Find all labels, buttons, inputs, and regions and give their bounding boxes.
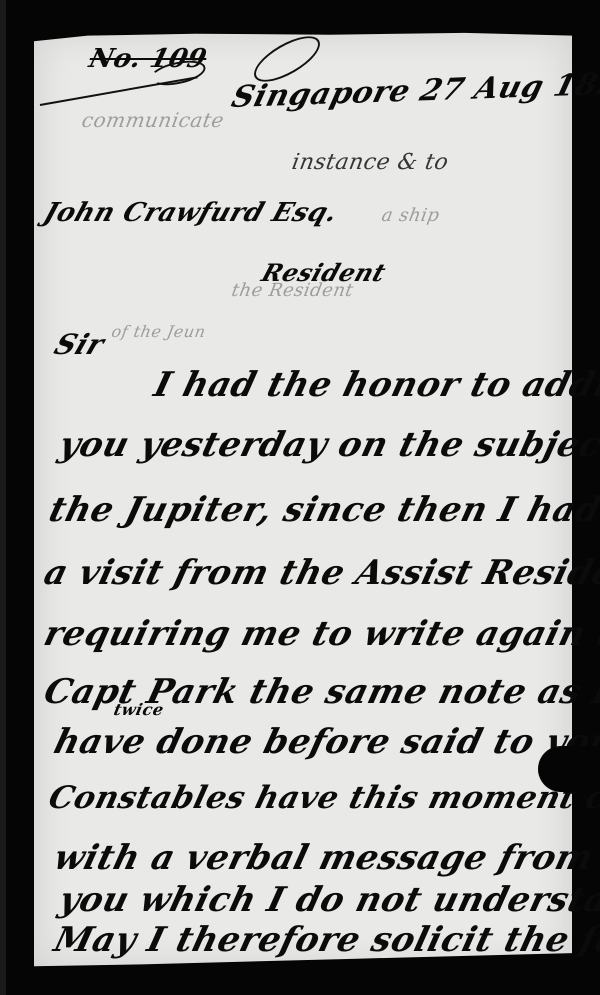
- bleed-through-line-1: communicate: [80, 108, 226, 132]
- bleed-through-line-2: instance & to: [290, 150, 451, 175]
- bleed-through-line-3: a ship: [380, 205, 441, 226]
- body-line-11: May I therefore solicit the favor: [50, 920, 600, 960]
- body-line-5: requiring me to write again to: [40, 614, 600, 654]
- body-line-8: Constables have this moment called: [45, 780, 600, 816]
- bleed-through-line-5: of the Jeun: [110, 322, 207, 341]
- body-line-3: the Jupiter, since then I had: [45, 490, 600, 530]
- body-line-1: I had the honor to address: [150, 365, 600, 405]
- addressee-title: Resident: [258, 258, 390, 287]
- addressee-name: John Crawfurd Esq.: [40, 198, 342, 228]
- scanner-clip: [538, 746, 600, 792]
- body-line-2: you yesterday on the subject of: [55, 425, 600, 465]
- body-line-7: have done before said to your: [50, 722, 600, 762]
- body-line-9: with a verbal message from: [50, 838, 598, 878]
- interlinear-insertion: twice: [112, 700, 166, 719]
- scan-border: [0, 0, 6, 995]
- body-line-4: a visit from the Assist Resident: [40, 553, 600, 593]
- body-line-10: you which I do not understand: [55, 880, 600, 920]
